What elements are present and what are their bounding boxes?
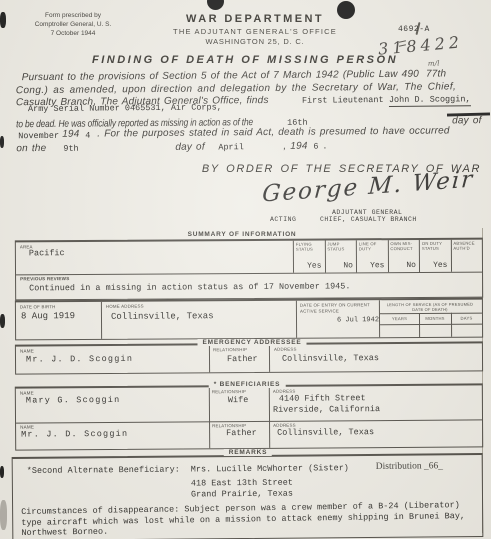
- address-cell: ADDRESS Collinsville, Texas: [269, 343, 483, 371]
- subject-rank: First Lieutenant: [302, 95, 384, 106]
- status-label: FLYING STATUS: [294, 241, 325, 254]
- emergency-heading: EMERGENCY ADDRESSEE: [198, 339, 307, 346]
- relationship-label: RELATIONSHIP: [213, 347, 247, 353]
- area-cell: AREA Pacific: [16, 241, 293, 275]
- subject-name: John D. Scoggin,: [389, 94, 471, 107]
- beneficiary-address-line: Riverside, California: [273, 404, 380, 415]
- name-label: NAME: [20, 349, 34, 355]
- status-value: Yes: [370, 261, 384, 270]
- emergency-address: Collinsville, Texas: [282, 353, 379, 364]
- alternate-beneficiary-address: Grand Prairie, Texas: [191, 489, 293, 500]
- signer-title-line2: CHIEF, CASUALTY BRANCH: [320, 216, 417, 223]
- beneficiary-name: Mary G. Scoggin: [26, 395, 121, 406]
- summary-table: AREA Pacific FLYING STATUS Yes JUMP STAT…: [15, 238, 483, 301]
- pen-annotation: m/l: [428, 60, 440, 68]
- distribution-note: Distribution _66_: [376, 461, 443, 472]
- table-divider: [380, 313, 482, 315]
- document-page: Form prescribed by Comptroller General, …: [0, 0, 491, 539]
- day-of-text: day of: [175, 142, 205, 153]
- alternate-beneficiary-label: *Second Alternate Beneficiary:: [27, 465, 180, 476]
- beneficiary-name: Mr. J. D. Scoggin: [21, 429, 128, 440]
- status-label: ABSENCE AUTH'D: [451, 240, 482, 253]
- entry-date-cell: DATE OF ENTRY ON CURRENT ACTIVE SERVICE …: [296, 300, 380, 338]
- finding-text: 77th: [426, 68, 446, 79]
- beneficiary-address-line: 4140 Fifth Street: [279, 393, 366, 404]
- finding-line-6: . For the purposes stated in said Act, d…: [97, 125, 449, 139]
- months-label: MONTHS: [419, 316, 451, 321]
- beneficiary-relationship: Wife: [228, 395, 248, 405]
- acting-label: ACTING: [270, 216, 296, 223]
- home-address-cell: HOME ADDRESS Collinsville, Texas: [101, 301, 297, 339]
- beneficiary-relationship: Father: [226, 428, 257, 438]
- on-the-text: on the: [16, 143, 46, 154]
- emergency-table: NAME Mr. J. D. Scoggin RELATIONSHIP Fath…: [15, 341, 483, 374]
- status-value: Yes: [307, 262, 321, 271]
- death-year-digit: 6: [313, 142, 318, 152]
- death-month: April: [218, 142, 244, 152]
- address-label: ADDRESS: [274, 347, 297, 353]
- status-cell-absence: ABSENCE AUTH'D: [450, 240, 482, 272]
- summary-row-statuses: AREA Pacific FLYING STATUS Yes JUMP STAT…: [16, 240, 482, 275]
- printed-year: , 194: [283, 141, 307, 152]
- previous-reviews-value: Continued in a missing in action status …: [29, 281, 350, 293]
- day-of-text: day of: [452, 115, 482, 126]
- vitals-table: DATE OF BIRTH 8 Aug 1919 HOME ADDRESS Co…: [15, 298, 483, 341]
- table-divider: [380, 324, 482, 326]
- relationship-label: RELATIONSHIP: [212, 389, 246, 395]
- entry-date-value: 6 Jul 1942: [337, 316, 379, 324]
- previous-reviews-label: PREVIOUS REVIEWS: [20, 276, 69, 282]
- home-address-label: HOME ADDRESS: [106, 304, 144, 310]
- status-cell-on-duty: ON DUTY STATUS Yes: [419, 240, 451, 272]
- years-label: YEARS: [380, 316, 419, 321]
- missing-month: November: [18, 131, 59, 141]
- circumstances-paragraph: Circumstances of disappearance: Subject …: [21, 500, 465, 538]
- status-label: ON DUTY STATUS: [420, 240, 451, 253]
- length-of-service-label: LENGTH OF SERVICE (AS OF PRESUMED DATE O…: [381, 302, 479, 313]
- status-label: LINE OF DUTY: [357, 240, 388, 253]
- printed-year: 194: [62, 129, 79, 140]
- period-mark: .: [322, 141, 327, 151]
- emergency-relationship: Father: [227, 354, 258, 364]
- status-cell-line-of-duty: LINE OF DUTY Yes: [356, 240, 388, 272]
- alternate-beneficiary-address: 418 East 13th Street: [191, 478, 293, 489]
- alternate-beneficiary-name: Mrs. Lucille McWhorter (Sister): [191, 463, 349, 474]
- beneficiary-address-line: Collinsville, Texas: [277, 427, 374, 438]
- finding-text: Pursuant to the provisions of Section 5 …: [22, 69, 419, 83]
- entry-date-label: DATE OF ENTRY ON CURRENT ACTIVE SERVICE: [300, 302, 374, 313]
- dob-value: 8 Aug 1919: [21, 311, 75, 321]
- emergency-name: Mr. J. D. Scoggin: [26, 354, 133, 365]
- status-label: JUMP STATUS: [325, 240, 356, 253]
- finding-line-1: Pursuant to the provisions of Section 5 …: [22, 68, 447, 83]
- relationship-cell: RELATIONSHIP Father: [209, 345, 270, 372]
- dob-label: DATE OF BIRTH: [20, 304, 96, 310]
- status-value: Yes: [433, 261, 447, 270]
- home-address-value: Collinsville, Texas: [111, 311, 214, 322]
- area-value: Pacific: [29, 248, 65, 258]
- status-value: No: [343, 261, 353, 270]
- finding-congress: m/l 77th: [426, 68, 446, 79]
- status-cell-jump: JUMP STATUS No: [324, 240, 356, 272]
- beneficiaries-table: NAME Mary G. Scoggin RELATIONSHIP Wife A…: [15, 383, 483, 450]
- remarks-heading: REMARKS: [224, 449, 272, 456]
- summary-heading: SUMMARY OF INFORMATION: [183, 231, 302, 238]
- beneficiaries-heading: * BENEFICIARIES: [209, 381, 286, 388]
- status-label: OWN MIS-CONDUCT: [388, 240, 419, 253]
- remarks-box: *Second Alternate Beneficiary: Mrs. Luci…: [12, 453, 484, 539]
- signer-title-line1: ADJUTANT GENERAL: [332, 209, 402, 216]
- status-value: No: [406, 261, 416, 270]
- length-of-service-cell: LENGTH OF SERVICE (AS OF PRESUMED DATE O…: [379, 300, 482, 338]
- death-day: 9th: [63, 144, 78, 154]
- missing-year-digit: 4: [85, 131, 90, 141]
- days-label: DAYS: [451, 316, 482, 321]
- table-divider: [209, 387, 210, 448]
- table-divider: [16, 419, 482, 423]
- subject-serial: Army Serial Number 0465531, Air Corps,: [28, 102, 222, 114]
- status-cell-flying: FLYING STATUS Yes: [293, 241, 325, 273]
- table-divider: [269, 387, 270, 448]
- status-cell-misconduct: OWN MIS-CONDUCT No: [387, 240, 419, 272]
